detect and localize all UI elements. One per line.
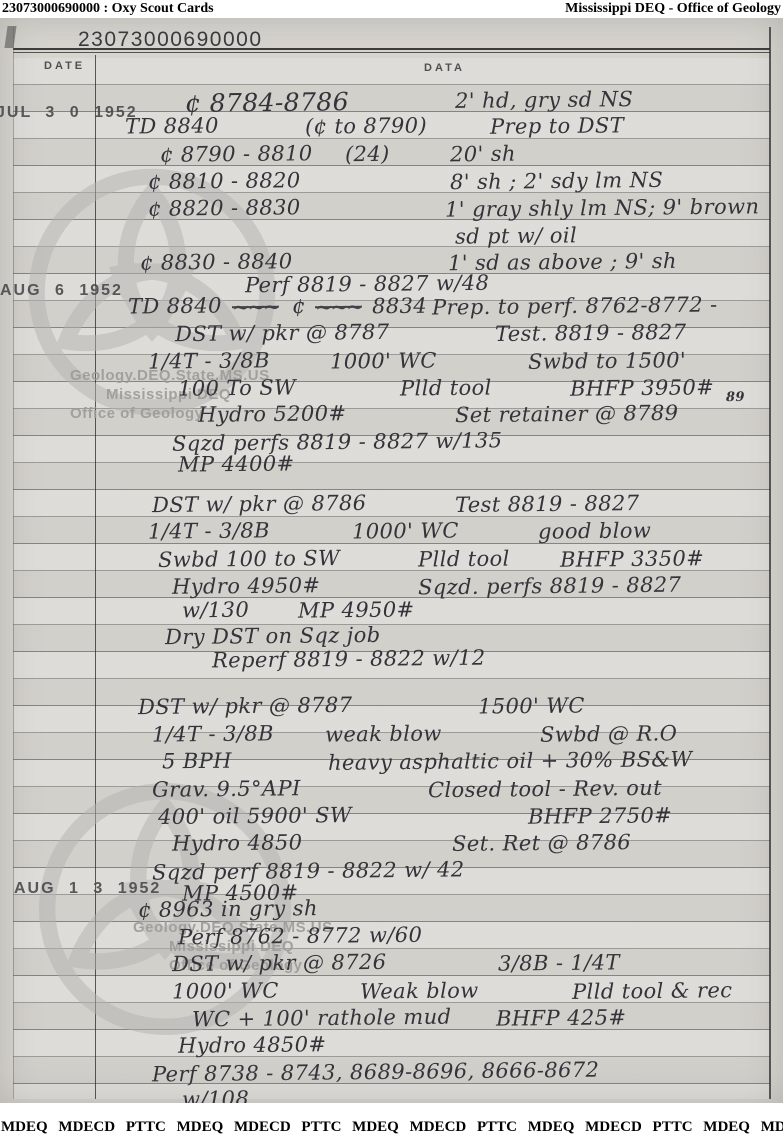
handwritten-text: Hydro 5200# xyxy=(198,401,347,427)
handwritten-text: TD 8840 xyxy=(128,294,222,319)
handwritten-text: Closed tool - Rev. out xyxy=(428,776,662,802)
handwritten-text: ¢ xyxy=(292,294,306,318)
card-scan: 23073000690000 DATE DATA xyxy=(0,18,783,1103)
handwritten-text: Set. Ret @ 8786 xyxy=(452,830,631,856)
handwritten-text: BHFP 3950# xyxy=(570,375,714,401)
handwritten-text: Plld tool xyxy=(400,376,492,401)
handwritten-text: DST w/ pkr @ 8786 xyxy=(152,491,367,517)
handwritten-text: 100 To SW xyxy=(178,375,296,400)
handwritten-text: DST w/ pkr @ 8787 xyxy=(138,693,353,719)
handwritten-text: ¢ 8963 in gry sh xyxy=(138,896,318,922)
handwritten-text: ¢ 8810 - 8820 xyxy=(148,168,301,194)
scout-card-page: 23073000690000 : Oxy Scout Cards Mississ… xyxy=(0,0,783,1147)
handwritten-text: BHFP 425# xyxy=(496,1005,627,1030)
handwritten-text: ~~~ xyxy=(315,294,362,319)
handwritten-text: TD 8840 xyxy=(125,114,219,139)
handwritten-text: 1/4T - 3/8B xyxy=(148,348,270,373)
handwriting-layer: ¢ 8784-87862' hd, gry sd NSTD 8840(¢ to … xyxy=(0,0,783,1103)
handwritten-text: Swbd 100 to SW xyxy=(158,546,340,572)
handwritten-text: BHFP 3350# xyxy=(560,546,704,572)
handwritten-text: Prep to DST xyxy=(490,113,624,138)
handwritten-text: 8834 xyxy=(372,294,427,319)
handwritten-text: 20' sh xyxy=(450,142,516,167)
handwritten-text: 1500' WC xyxy=(478,693,585,718)
handwritten-text: 5 BPH xyxy=(162,749,232,774)
handwritten-text: Swbd @ R.O xyxy=(540,721,678,746)
handwritten-text: Perf 8819 - 8827 w/48 xyxy=(245,271,490,298)
handwritten-text: w/130 xyxy=(182,598,249,623)
handwritten-text: Prep. to perf. 8762-8772 - xyxy=(432,293,718,320)
handwritten-text: Test. 8819 - 8827 xyxy=(495,320,687,346)
handwritten-text: (24) xyxy=(345,142,390,166)
handwritten-text: Sqzd. perfs 8819 - 8827 xyxy=(418,573,682,600)
handwritten-text: MP 4400# xyxy=(178,451,295,476)
handwritten-text: DST w/ pkr @ 8787 xyxy=(175,320,390,346)
handwritten-text: 1/4T - 3/8B xyxy=(148,518,270,543)
handwritten-text: 89 xyxy=(726,390,745,405)
handwritten-text: DST w/ pkr @ 8726 xyxy=(172,950,387,976)
handwritten-text: WC + 100' rathole mud xyxy=(192,1005,452,1032)
handwritten-text: 1' gray shly lm NS; 9' brown xyxy=(445,194,760,221)
handwritten-text: Plld tool xyxy=(418,547,510,572)
handwritten-text: Hydro 4850# xyxy=(178,1032,327,1058)
footer-ticker: MDEQ MDECD PTTC MDEQ MDECD PTTC MDEQ MDE… xyxy=(0,1103,783,1136)
handwritten-text: ¢ 8820 - 8830 xyxy=(148,195,301,221)
handwritten-text: BHFP 2750# xyxy=(528,803,672,829)
handwritten-text: Test 8819 - 8827 xyxy=(455,491,640,517)
handwritten-text: Set retainer @ 8789 xyxy=(455,401,679,427)
handwritten-text: Hydro 4950# xyxy=(172,573,321,599)
handwritten-text: 1000' WC xyxy=(352,518,459,543)
handwritten-text: Perf 8762 - 8772 w/60 xyxy=(178,923,423,950)
handwritten-text: 1000' WC xyxy=(172,978,279,1003)
handwritten-text: Swbd to 1500' xyxy=(528,348,686,374)
handwritten-text: MP 4950# xyxy=(298,597,415,622)
handwritten-text: Reperf 8819 - 8822 w/12 xyxy=(212,646,486,673)
handwritten-text: Plld tool & rec xyxy=(572,978,733,1004)
handwritten-text: 1/4T - 3/8B xyxy=(152,721,274,746)
handwritten-text: Perf 8738 - 8743, 8689-8696, 8666-8672 xyxy=(152,1058,600,1087)
handwritten-text: good blow xyxy=(538,518,651,543)
handwritten-text: 400' oil 5900' SW xyxy=(158,803,352,829)
handwritten-text: sd pt w/ oil xyxy=(455,223,577,248)
handwritten-text: ~~~ xyxy=(232,294,279,319)
handwritten-text: heavy asphaltic oil + 30% BS&W xyxy=(328,747,693,775)
handwritten-text: ¢ 8830 - 8840 xyxy=(140,249,293,275)
handwritten-text: Dry DST on Sqz job xyxy=(165,623,381,649)
handwritten-text: Grav. 9.5°API xyxy=(152,776,301,802)
handwritten-text: Weak blow xyxy=(360,978,479,1003)
handwritten-text: 3/8B - 1/4T xyxy=(498,950,620,975)
handwritten-text: 1000' WC xyxy=(330,348,437,373)
print-footer: MDEQ MDECD PTTC MDEQ MDECD PTTC MDEQ MDE… xyxy=(0,1103,783,1147)
handwritten-text: 8' sh ; 2' sdy lm NS xyxy=(450,168,663,194)
handwritten-text: 2' hd, gry sd NS xyxy=(455,87,633,113)
handwritten-text: (¢ to 8790) xyxy=(305,113,427,138)
handwritten-text: ¢ 8790 - 8810 xyxy=(160,141,313,167)
handwritten-text: weak blow xyxy=(325,721,442,746)
handwritten-text: Hydro 4850 xyxy=(172,830,303,855)
